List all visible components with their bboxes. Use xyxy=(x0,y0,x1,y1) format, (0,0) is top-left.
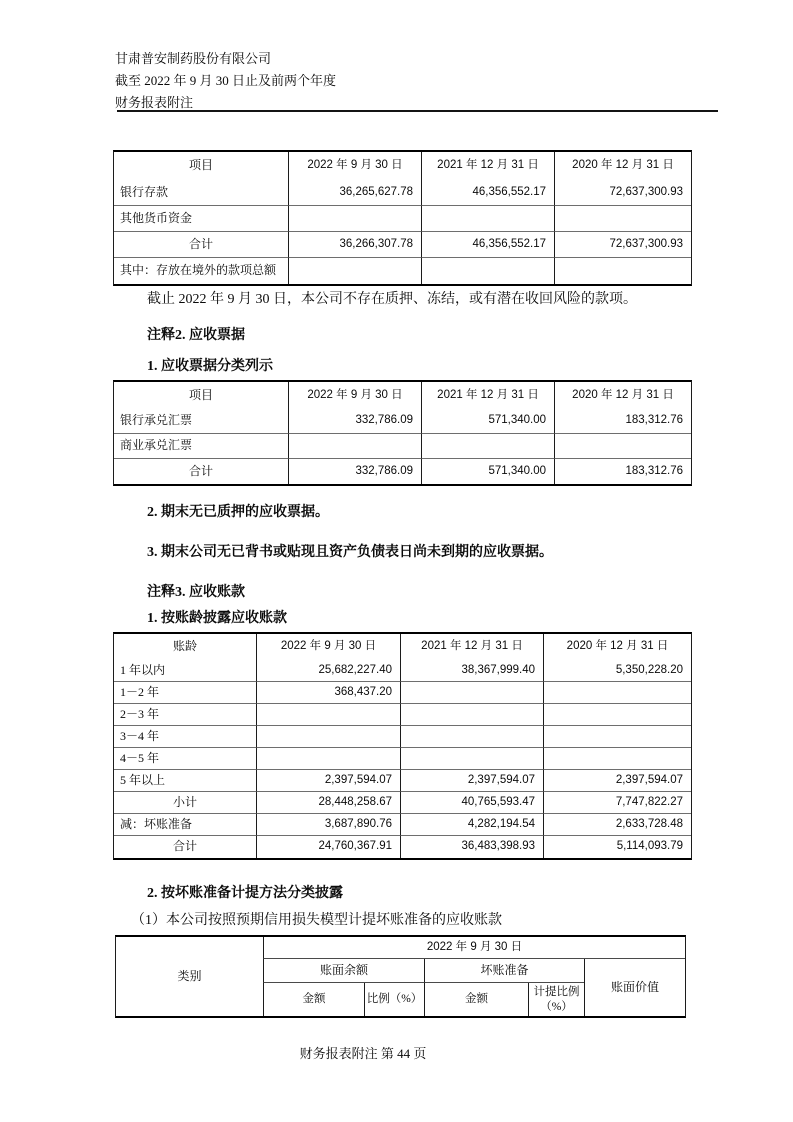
column-header: 项目 xyxy=(114,382,288,409)
cell-value xyxy=(421,206,554,232)
column-header: 2022 年 9 月 30 日 xyxy=(256,634,400,660)
page-footer: 财务报表附注 第 44 页 xyxy=(0,1043,726,1062)
column-header: 2021 年 12 月 31 日 xyxy=(400,634,543,660)
note3-title: 注释3. 应收账款 xyxy=(147,581,245,601)
column-header: 计提比例（%） xyxy=(528,983,584,1016)
row-label: 其他货币资金 xyxy=(114,206,288,232)
row-label: 合计 xyxy=(114,232,288,258)
table-row: 1 年以内25,682,227.4038,367,999.405,350,228… xyxy=(114,660,691,682)
cell-value: 40,765,593.47 xyxy=(400,792,543,814)
cell-value: 3,687,890.76 xyxy=(256,814,400,836)
aging-table: 账龄 2022 年 9 月 30 日 2021 年 12 月 31 日 2020… xyxy=(113,632,692,860)
ecl-table-header-body: 类别 2022 年 9 月 30 日 账面余额 坏账准备 账面价值 金额 比例（… xyxy=(116,937,685,1016)
row-label: 1－2 年 xyxy=(114,682,256,704)
note2-item3: 3. 期末公司无已背书或贴现且资产负债表日尚未到期的应收票据。 xyxy=(147,541,553,561)
column-header: 坏账准备 xyxy=(424,959,584,983)
table-header-row: 类别 2022 年 9 月 30 日 xyxy=(116,937,685,959)
aging-table-body: 1 年以内25,682,227.4038,367,999.405,350,228… xyxy=(114,660,691,858)
notes-receivable-table: 项目 2022 年 9 月 30 日 2021 年 12 月 31 日 2020… xyxy=(113,380,692,486)
note3-item1: 1. 按账龄披露应收账款 xyxy=(147,607,287,627)
cell-value: 24,760,367.91 xyxy=(256,836,400,858)
header-divider xyxy=(117,110,718,112)
cell-value xyxy=(288,258,421,284)
table-row: 小计28,448,258.6740,765,593.477,747,822.27 xyxy=(114,792,691,814)
note3-item2-1: （1）本公司按照预期信用损失模型计提坏账准备的应收账款 xyxy=(131,909,502,929)
cell-value xyxy=(256,704,400,726)
cash-table-header: 项目 2022 年 9 月 30 日 2021 年 12 月 31 日 2020… xyxy=(114,152,691,180)
column-header: 账龄 xyxy=(114,634,256,660)
table-row: 5 年以上2,397,594.072,397,594.072,397,594.0… xyxy=(114,770,691,792)
table-row: 4－5 年 xyxy=(114,748,691,770)
cell-value: 7,747,822.27 xyxy=(543,792,691,814)
row-label: 银行承兑汇票 xyxy=(114,409,288,434)
row-label: 4－5 年 xyxy=(114,748,256,770)
row-label: 2－3 年 xyxy=(114,704,256,726)
cell-value xyxy=(554,258,691,284)
column-header: 项目 xyxy=(114,152,288,180)
table-row: 银行存款36,265,627.7846,356,552.1772,637,300… xyxy=(114,180,691,206)
cell-value: 2,633,728.48 xyxy=(543,814,691,836)
cell-value: 46,356,552.17 xyxy=(421,180,554,206)
cell-value xyxy=(400,704,543,726)
table-row: 银行承兑汇票332,786.09571,340.00183,312.76 xyxy=(114,409,691,434)
row-label: 5 年以上 xyxy=(114,770,256,792)
table-header-row: 账龄 2022 年 9 月 30 日 2021 年 12 月 31 日 2020… xyxy=(114,634,691,660)
column-header: 账面余额 xyxy=(263,959,424,983)
row-label: 合计 xyxy=(114,459,288,484)
table-header-row: 项目 2022 年 9 月 30 日 2021 年 12 月 31 日 2020… xyxy=(114,152,691,180)
document-page: 甘肃普安制药股份有限公司 截至 2022 年 9 月 30 日止及前两个年度 财… xyxy=(0,0,793,1122)
row-label: 银行存款 xyxy=(114,180,288,206)
row-label: 合计 xyxy=(114,836,256,858)
cell-value xyxy=(288,434,421,459)
note2-item2: 2. 期末无已质押的应收票据。 xyxy=(147,501,329,521)
column-header: 2022 年 9 月 30 日 xyxy=(288,152,421,180)
cell-value: 46,356,552.17 xyxy=(421,232,554,258)
document-header: 甘肃普安制药股份有限公司 截至 2022 年 9 月 30 日止及前两个年度 财… xyxy=(115,48,336,114)
notes-receivable-header: 项目 2022 年 9 月 30 日 2021 年 12 月 31 日 2020… xyxy=(114,382,691,409)
cell-value: 2,397,594.07 xyxy=(543,770,691,792)
cell-value xyxy=(256,726,400,748)
row-label: 商业承兑汇票 xyxy=(114,434,288,459)
cell-value xyxy=(256,748,400,770)
row-label: 小计 xyxy=(114,792,256,814)
cell-value: 332,786.09 xyxy=(288,459,421,484)
cell-value: 368,437.20 xyxy=(256,682,400,704)
table-row: 1－2 年368,437.20 xyxy=(114,682,691,704)
cell-value: 28,448,258.67 xyxy=(256,792,400,814)
column-header: 比例（%） xyxy=(364,983,424,1016)
cell-value: 5,114,093.79 xyxy=(543,836,691,858)
cash-remark: 截止 2022 年 9 月 30 日，本公司不存在质押、冻结，或有潜在收回风险的… xyxy=(147,288,637,308)
row-label: 减：坏账准备 xyxy=(114,814,256,836)
cell-value: 36,266,307.78 xyxy=(288,232,421,258)
ecl-table: 类别 2022 年 9 月 30 日 账面余额 坏账准备 账面价值 金额 比例（… xyxy=(115,935,686,1018)
column-header: 2020 年 12 月 31 日 xyxy=(543,634,691,660)
company-name: 甘肃普安制药股份有限公司 xyxy=(115,48,336,70)
cell-value: 4,282,194.54 xyxy=(400,814,543,836)
cell-value: 36,483,398.93 xyxy=(400,836,543,858)
column-header: 2022 年 9 月 30 日 xyxy=(288,382,421,409)
column-header: 2022 年 9 月 30 日 xyxy=(263,937,685,959)
cell-value: 332,786.09 xyxy=(288,409,421,434)
table-row: 商业承兑汇票 xyxy=(114,434,691,459)
cell-value: 72,637,300.93 xyxy=(554,232,691,258)
column-header: 2021 年 12 月 31 日 xyxy=(421,382,554,409)
cell-value xyxy=(543,726,691,748)
column-header: 2021 年 12 月 31 日 xyxy=(421,152,554,180)
cash-table-body: 银行存款36,265,627.7846,356,552.1772,637,300… xyxy=(114,180,691,284)
cell-value: 25,682,227.40 xyxy=(256,660,400,682)
cell-value: 36,265,627.78 xyxy=(288,180,421,206)
cell-value: 2,397,594.07 xyxy=(256,770,400,792)
row-label: 其中：存放在境外的款项总额 xyxy=(114,258,288,284)
column-header: 金额 xyxy=(263,983,364,1016)
cell-value: 571,340.00 xyxy=(421,459,554,484)
note2-title: 注释2. 应收票据 xyxy=(147,324,245,344)
cash-table: 项目 2022 年 9 月 30 日 2021 年 12 月 31 日 2020… xyxy=(113,150,692,286)
row-label: 1 年以内 xyxy=(114,660,256,682)
table-row: 其中：存放在境外的款项总额 xyxy=(114,258,691,284)
cell-value xyxy=(554,206,691,232)
table-row: 合计36,266,307.7846,356,552.1772,637,300.9… xyxy=(114,232,691,258)
column-header: 2020 年 12 月 31 日 xyxy=(554,152,691,180)
table-row: 3－4 年 xyxy=(114,726,691,748)
table-header-row: 项目 2022 年 9 月 30 日 2021 年 12 月 31 日 2020… xyxy=(114,382,691,409)
cell-value: 571,340.00 xyxy=(421,409,554,434)
cell-value xyxy=(400,726,543,748)
cell-value xyxy=(543,704,691,726)
cell-value: 5,350,228.20 xyxy=(543,660,691,682)
cell-value xyxy=(400,748,543,770)
table-row: 其他货币资金 xyxy=(114,206,691,232)
cell-value xyxy=(421,258,554,284)
note2-item1: 1. 应收票据分类列示 xyxy=(147,355,273,375)
table-row: 合计24,760,367.9136,483,398.935,114,093.79 xyxy=(114,836,691,858)
column-header: 2020 年 12 月 31 日 xyxy=(554,382,691,409)
cell-value: 2,397,594.07 xyxy=(400,770,543,792)
cell-value: 72,637,300.93 xyxy=(554,180,691,206)
cell-value xyxy=(554,434,691,459)
cell-value xyxy=(400,682,543,704)
aging-table-header: 账龄 2022 年 9 月 30 日 2021 年 12 月 31 日 2020… xyxy=(114,634,691,660)
row-label: 3－4 年 xyxy=(114,726,256,748)
cell-value xyxy=(288,206,421,232)
cell-value: 38,367,999.40 xyxy=(400,660,543,682)
cell-value: 183,312.76 xyxy=(554,459,691,484)
cell-value xyxy=(543,748,691,770)
cell-value xyxy=(421,434,554,459)
table-row: 减：坏账准备3,687,890.764,282,194.542,633,728.… xyxy=(114,814,691,836)
report-period: 截至 2022 年 9 月 30 日止及前两个年度 xyxy=(115,70,336,92)
table-row: 2－3 年 xyxy=(114,704,691,726)
table-row: 合计332,786.09571,340.00183,312.76 xyxy=(114,459,691,484)
column-header: 类别 xyxy=(116,937,263,1016)
cell-value: 183,312.76 xyxy=(554,409,691,434)
column-header: 账面价值 xyxy=(584,959,685,1016)
column-header: 金额 xyxy=(424,983,528,1016)
cell-value xyxy=(543,682,691,704)
note3-item2: 2. 按坏账准备计提方法分类披露 xyxy=(147,882,343,902)
notes-receivable-body: 银行承兑汇票332,786.09571,340.00183,312.76商业承兑… xyxy=(114,409,691,484)
